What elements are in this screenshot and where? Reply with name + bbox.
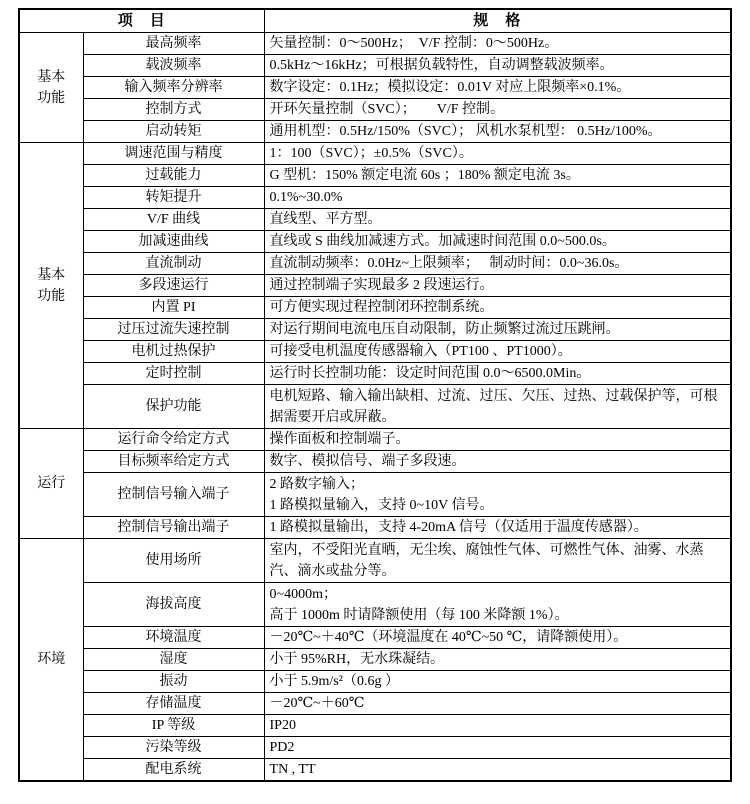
item-cell: 载波频率 xyxy=(83,55,264,77)
spec-cell: －20℃~＋60℃ xyxy=(264,693,731,715)
spec-cell: 直线型、平方型。 xyxy=(264,209,731,231)
table-row: 环境 使用场所 室内，不受阳光直晒，无尘埃、腐蚀性气体、可燃性气体、油雾、水蒸汽… xyxy=(19,539,731,583)
item-cell: 最高频率 xyxy=(83,33,264,55)
table-row: 环境温度 －20℃~＋40℃（环境温度在 40℃~50 ℃，请降额使用）。 xyxy=(19,627,731,649)
item-cell: 存储温度 xyxy=(83,693,264,715)
spec-cell: 0.1%~30.0% xyxy=(264,187,731,209)
item-cell: V/F 曲线 xyxy=(83,209,264,231)
item-cell: 启动转矩 xyxy=(83,121,264,143)
item-cell: 控制方式 xyxy=(83,99,264,121)
table-row: 多段速运行 通过控制端子实现最多 2 段速运行。 xyxy=(19,275,731,297)
table-row: IP 等级 IP20 xyxy=(19,715,731,737)
table-row: 保护功能 电机短路、输入输出缺相、过流、过压、欠压、过热、过载保护等，可根据需要… xyxy=(19,385,731,429)
spec-cell: 1 路模拟量输出，支持 4-20mA 信号（仅适用于温度传感器）。 xyxy=(264,517,731,539)
table-row: 启动转矩 通用机型：0.5Hz/150%（SVC）； 风机水泵机型： 0.5Hz… xyxy=(19,121,731,143)
table-row: 基本 功能 调速范围与精度 1：100（SVC）；±0.5%（SVC）。 xyxy=(19,143,731,165)
spec-cell: 可接受电机温度传感器输入（PT100 、PT1000）。 xyxy=(264,341,731,363)
spec-cell: 可方便实现过程控制闭环控制系统。 xyxy=(264,297,731,319)
spec-cell: 运行时长控制功能：设定时间范围 0.0～6500.0Min。 xyxy=(264,363,731,385)
table-row: 转矩提升 0.1%~30.0% xyxy=(19,187,731,209)
table-row: 载波频率 0.5kHz～16kHz；可根据负载特性，自动调整载波频率。 xyxy=(19,55,731,77)
table-row: 内置 PI 可方便实现过程控制闭环控制系统。 xyxy=(19,297,731,319)
item-cell: 运行命令给定方式 xyxy=(83,429,264,451)
item-cell: 内置 PI xyxy=(83,297,264,319)
item-cell: 振动 xyxy=(83,671,264,693)
table-row: 输入频率分辨率 数字设定：0.1Hz；模拟设定：0.01V 对应上限频率×0.1… xyxy=(19,77,731,99)
item-cell: 海拔高度 xyxy=(83,583,264,627)
spec-cell: 对运行期间电流电压自动限制，防止频繁过流过压跳闸。 xyxy=(264,319,731,341)
item-cell: 配电系统 xyxy=(83,759,264,782)
table-row: 运行 运行命令给定方式 操作面板和控制端子。 xyxy=(19,429,731,451)
item-cell: 加减速曲线 xyxy=(83,231,264,253)
spec-cell: －20℃~＋40℃（环境温度在 40℃~50 ℃，请降额使用）。 xyxy=(264,627,731,649)
table-row: 加减速曲线 直线或 S 曲线加减速方式。加减速时间范围 0.0~500.0s。 xyxy=(19,231,731,253)
spec-cell: 操作面板和控制端子。 xyxy=(264,429,731,451)
item-cell: 电机过热保护 xyxy=(83,341,264,363)
group-cell-basic-1: 基本 功能 xyxy=(19,33,83,143)
item-cell: 调速范围与精度 xyxy=(83,143,264,165)
spec-cell: 2 路数字输入； 1 路模拟量输入，支持 0~10V 信号。 xyxy=(264,473,731,517)
item-cell: 直流制动 xyxy=(83,253,264,275)
item-cell: 控制信号输入端子 xyxy=(83,473,264,517)
spec-cell: 小于 95%RH，无水珠凝结。 xyxy=(264,649,731,671)
table-row: 基本 功能 最高频率 矢量控制：0～500Hz； V/F 控制：0～500Hz。 xyxy=(19,33,731,55)
item-cell: 过压过流失速控制 xyxy=(83,319,264,341)
item-cell: 使用场所 xyxy=(83,539,264,583)
item-cell: 过载能力 xyxy=(83,165,264,187)
table-row: 过载能力 G 型机：150% 额定电流 60s ；180% 额定电流 3s。 xyxy=(19,165,731,187)
table-row: 存储温度 －20℃~＋60℃ xyxy=(19,693,731,715)
item-cell: 转矩提升 xyxy=(83,187,264,209)
table-row: 配电系统 TN , TT xyxy=(19,759,731,782)
spec-cell: 矢量控制：0～500Hz； V/F 控制：0～500Hz。 xyxy=(264,33,731,55)
table-row: 直流制动 直流制动频率：0.0Hz~上限频率； 制动时间：0.0~36.0s。 xyxy=(19,253,731,275)
table-row: 控制信号输入端子 2 路数字输入； 1 路模拟量输入，支持 0~10V 信号。 xyxy=(19,473,731,517)
table-row: 定时控制 运行时长控制功能：设定时间范围 0.0～6500.0Min。 xyxy=(19,363,731,385)
spec-cell: 室内，不受阳光直晒，无尘埃、腐蚀性气体、可燃性气体、油雾、水蒸汽、滴水或盐分等。 xyxy=(264,539,731,583)
table-row: 电机过热保护 可接受电机温度传感器输入（PT100 、PT1000）。 xyxy=(19,341,731,363)
spec-cell: G 型机：150% 额定电流 60s ；180% 额定电流 3s。 xyxy=(264,165,731,187)
table-row: 湿度 小于 95%RH，无水珠凝结。 xyxy=(19,649,731,671)
spec-cell: PD2 xyxy=(264,737,731,759)
item-cell: 定时控制 xyxy=(83,363,264,385)
spec-cell: 0.5kHz～16kHz；可根据负载特性，自动调整载波频率。 xyxy=(264,55,731,77)
spec-cell: 1：100（SVC）；±0.5%（SVC）。 xyxy=(264,143,731,165)
header-item-col: 项 目 xyxy=(19,9,264,33)
spec-cell: 小于 5.9m/s²（0.6g ） xyxy=(264,671,731,693)
item-cell: 控制信号输出端子 xyxy=(83,517,264,539)
item-cell: 多段速运行 xyxy=(83,275,264,297)
item-cell: 湿度 xyxy=(83,649,264,671)
item-cell: 环境温度 xyxy=(83,627,264,649)
group-cell-environment: 环境 xyxy=(19,539,83,782)
item-cell: IP 等级 xyxy=(83,715,264,737)
item-cell: 目标频率给定方式 xyxy=(83,451,264,473)
item-cell: 污染等级 xyxy=(83,737,264,759)
spec-cell: TN , TT xyxy=(264,759,731,782)
spec-cell: 0~4000m； 高于 1000m 时请降额使用（每 100 米降额 1%）。 xyxy=(264,583,731,627)
spec-cell: 直流制动频率：0.0Hz~上限频率； 制动时间：0.0~36.0s。 xyxy=(264,253,731,275)
table-row: 海拔高度 0~4000m； 高于 1000m 时请降额使用（每 100 米降额 … xyxy=(19,583,731,627)
group-cell-basic-2: 基本 功能 xyxy=(19,143,83,429)
table-row: 振动 小于 5.9m/s²（0.6g ） xyxy=(19,671,731,693)
spec-cell: 开环矢量控制（SVC）； V/F 控制。 xyxy=(264,99,731,121)
spec-cell: 通用机型：0.5Hz/150%（SVC）； 风机水泵机型： 0.5Hz/100%… xyxy=(264,121,731,143)
table-row: 控制信号输出端子 1 路模拟量输出，支持 4-20mA 信号（仅适用于温度传感器… xyxy=(19,517,731,539)
group-cell-operation: 运行 xyxy=(19,429,83,539)
header-row: 项 目 规 格 xyxy=(19,9,731,33)
spec-table: 项 目 规 格 基本 功能 最高频率 矢量控制：0～500Hz； V/F 控制：… xyxy=(18,8,732,782)
spec-cell: 数字、模拟信号、端子多段速。 xyxy=(264,451,731,473)
spec-cell: 数字设定：0.1Hz；模拟设定：0.01V 对应上限频率×0.1%。 xyxy=(264,77,731,99)
table-row: 污染等级 PD2 xyxy=(19,737,731,759)
table-row: 控制方式 开环矢量控制（SVC）； V/F 控制。 xyxy=(19,99,731,121)
table-row: V/F 曲线 直线型、平方型。 xyxy=(19,209,731,231)
spec-cell: 电机短路、输入输出缺相、过流、过压、欠压、过热、过载保护等，可根据需要开启或屏蔽… xyxy=(264,385,731,429)
table-row: 目标频率给定方式 数字、模拟信号、端子多段速。 xyxy=(19,451,731,473)
item-cell: 输入频率分辨率 xyxy=(83,77,264,99)
spec-cell: 通过控制端子实现最多 2 段速运行。 xyxy=(264,275,731,297)
header-spec-col: 规 格 xyxy=(264,9,731,33)
spec-cell: 直线或 S 曲线加减速方式。加减速时间范围 0.0~500.0s。 xyxy=(264,231,731,253)
item-cell: 保护功能 xyxy=(83,385,264,429)
spec-cell: IP20 xyxy=(264,715,731,737)
table-row: 过压过流失速控制 对运行期间电流电压自动限制，防止频繁过流过压跳闸。 xyxy=(19,319,731,341)
